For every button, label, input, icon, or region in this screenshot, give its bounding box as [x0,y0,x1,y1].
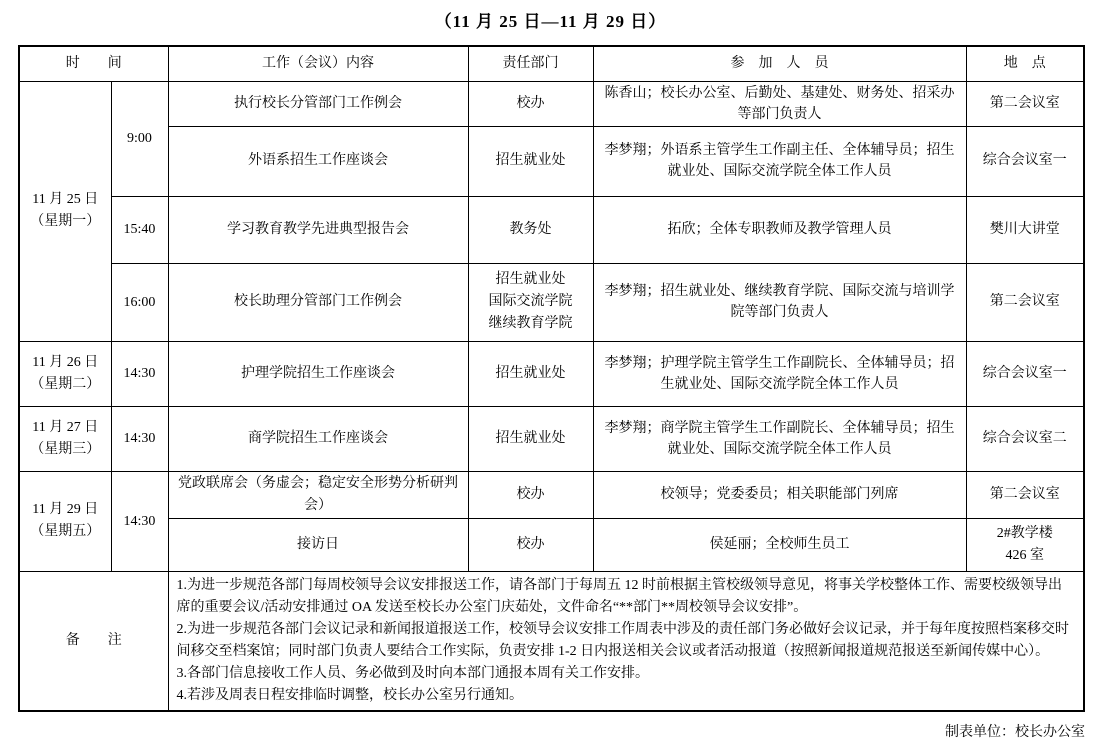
col-header-time: 时 间 [19,46,168,81]
participants-cell: 陈香山；校长办公室、后勤处、基建处、财务处、招采办等部门负责人 [593,81,966,126]
participants-cell: 校领导；党委委员；相关职能部门列席 [593,471,966,518]
time-cell: 9:00 [111,81,168,196]
content-cell: 商学院招生工作座谈会 [168,406,468,471]
col-header-location: 地 点 [966,46,1084,81]
content-cell: 学习教育教学先进典型报告会 [168,196,468,263]
location-cell: 第二会议室 [966,263,1084,341]
content-cell: 外语系招生工作座谈会 [168,126,468,196]
footer-note: 制表单位：校长办公室 [945,721,1085,741]
dept-cell: 招生就业处 [468,406,593,471]
participants-cell: 李梦翔；商学院主管学生工作副院长、全体辅导员；招生就业处、国际交流学院全体工作人… [593,406,966,471]
col-header-participants: 参 加 人 员 [593,46,966,81]
time-cell: 15:40 [111,196,168,263]
participants-cell: 拓欣；全体专职教师及教学管理人员 [593,196,966,263]
time-cell: 14:30 [111,471,168,571]
date-cell: 11 月 26 日 （星期二） [19,341,111,406]
note-item: 3.各部门信息接收工作人员、务必做到及时向本部门通报本周有关工作安排。 [177,663,1076,685]
time-cell: 16:00 [111,263,168,341]
schedule-table: 时 间 工作（会议）内容 责任部门 参 加 人 员 地 点 11 月 25 日 … [18,45,1085,712]
location-cell: 2#教学楼 426 室 [966,518,1084,571]
note-item: 2.为进一步规范各部门会议记录和新闻报道报送工作，校领导会议安排工作周表中涉及的… [177,619,1076,663]
page-title: （11 月 25 日—11 月 29 日） [0,7,1101,32]
date-cell: 11 月 29 日 （星期五） [19,471,111,571]
dept-cell: 招生就业处 [468,341,593,406]
location-cell: 第二会议室 [966,471,1084,518]
time-cell: 14:30 [111,341,168,406]
content-cell: 执行校长分管部门工作例会 [168,81,468,126]
dept-cell: 教务处 [468,196,593,263]
notes-cell: 1.为进一步规范各部门每周校领导会议安排报送工作，请各部门于每周五 12 时前根… [168,571,1084,711]
table-row: 接访日 校办 侯延丽；全校师生员工 2#教学楼 426 室 [19,518,1084,571]
dept-cell: 校办 [468,518,593,571]
table-row: 11 月 26 日 （星期二） 14:30 护理学院招生工作座谈会 招生就业处 … [19,341,1084,406]
content-cell: 党政联席会（务虚会；稳定安全形势分析研判会） [168,471,468,518]
date-cell: 11 月 27 日 （星期三） [19,406,111,471]
date-cell: 11 月 25 日 （星期一） [19,81,111,341]
location-cell: 樊川大讲堂 [966,196,1084,263]
content-cell: 校长助理分管部门工作例会 [168,263,468,341]
notes-row: 备 注 1.为进一步规范各部门每周校领导会议安排报送工作，请各部门于每周五 12… [19,571,1084,711]
participants-cell: 李梦翔；外语系主管学生工作副主任、全体辅导员；招生就业处、国际交流学院全体工作人… [593,126,966,196]
table-row: 11 月 27 日 （星期三） 14:30 商学院招生工作座谈会 招生就业处 李… [19,406,1084,471]
note-item: 4.若涉及周表日程安排临时调整，校长办公室另行通知。 [177,685,1076,707]
dept-cell: 招生就业处 国际交流学院 继续教育学院 [468,263,593,341]
location-cell: 第二会议室 [966,81,1084,126]
col-header-dept: 责任部门 [468,46,593,81]
content-cell: 护理学院招生工作座谈会 [168,341,468,406]
note-item: 1.为进一步规范各部门每周校领导会议安排报送工作，请各部门于每周五 12 时前根… [177,575,1076,619]
col-header-content: 工作（会议）内容 [168,46,468,81]
location-cell: 综合会议室二 [966,406,1084,471]
location-cell: 综合会议室一 [966,126,1084,196]
dept-cell: 校办 [468,471,593,518]
participants-cell: 侯延丽；全校师生员工 [593,518,966,571]
schedule-page: （11 月 25 日—11 月 29 日） 时 间 工作（会议）内容 责任部门 … [0,0,1101,754]
header-row: 时 间 工作（会议）内容 责任部门 参 加 人 员 地 点 [19,46,1084,81]
participants-cell: 李梦翔；招生就业处、继续教育学院、国际交流与培训学院等部门负责人 [593,263,966,341]
time-cell: 14:30 [111,406,168,471]
table-row: 11 月 29 日 （星期五） 14:30 党政联席会（务虚会；稳定安全形势分析… [19,471,1084,518]
notes-label: 备 注 [19,571,168,711]
table-row: 15:40 学习教育教学先进典型报告会 教务处 拓欣；全体专职教师及教学管理人员… [19,196,1084,263]
dept-cell: 校办 [468,81,593,126]
table-row: 16:00 校长助理分管部门工作例会 招生就业处 国际交流学院 继续教育学院 李… [19,263,1084,341]
table-row: 11 月 25 日 （星期一） 9:00 执行校长分管部门工作例会 校办 陈香山… [19,81,1084,126]
content-cell: 接访日 [168,518,468,571]
location-cell: 综合会议室一 [966,341,1084,406]
participants-cell: 李梦翔；护理学院主管学生工作副院长、全体辅导员；招生就业处、国际交流学院全体工作… [593,341,966,406]
dept-cell: 招生就业处 [468,126,593,196]
table-row: 外语系招生工作座谈会 招生就业处 李梦翔；外语系主管学生工作副主任、全体辅导员；… [19,126,1084,196]
